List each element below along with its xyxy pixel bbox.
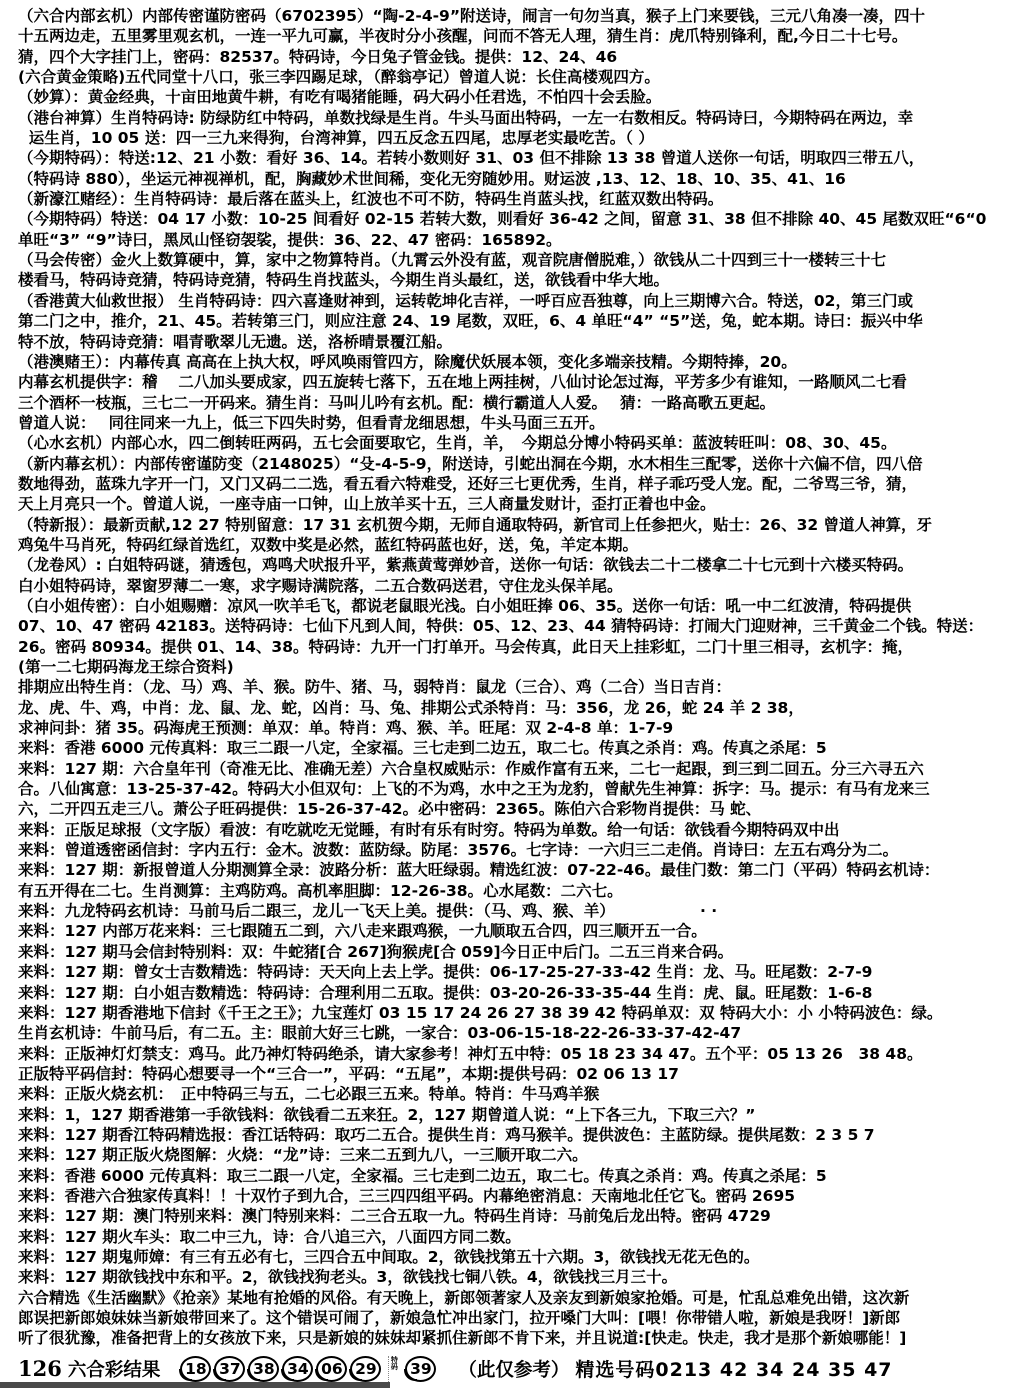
text-line: （心水玄机）内部心水，四二倒转旺两码，五七会面要取它，生肖，羊， 今期总分博小特… (18, 433, 999, 453)
reference-note: （此仅参考） (458, 1356, 569, 1382)
text-line: （香港黄大仙救世报） 生肖特码诗：四六喜逢财神到，运转乾坤化吉祥，一呼百应吾独尊… (18, 291, 999, 311)
result-title: 六合彩结果 (68, 1356, 161, 1382)
text-line: 第二门之中，推介，21、45。若转第三门，则应注意 24、19 尾数，双旺，6、… (18, 311, 999, 331)
text-line: 来料：正版足球报（文字版）看波：有吃就吃无觉睡，有时有乐有时穷。特码为单数。给一… (18, 820, 999, 840)
text-line: 猜，四个大字挂门上，密码：82537。特码诗，今日兔子管金钱。提供：12、24、… (18, 47, 999, 67)
lottery-ball: 34 (282, 1356, 313, 1382)
text-line: （六合内部玄机）内部传密谨防密码（6702395）“陶-2-4-9”附送诗，闹言… (18, 6, 999, 26)
text-line: （今期特码）：特送:12、21 小数：看好 36、14。若转小数则好 31、03… (18, 148, 999, 168)
text-line: （港台神算）生肖特码诗: 防绿防红中特码，单数找绿是生肖。牛头马面出特码，一左一… (18, 108, 999, 128)
text-line: 生肖玄机诗：牛前马后，有二五。主：眼前大好三七跳，一家合：03-06-15-18… (18, 1023, 999, 1043)
text-line: 鸡兔牛马肖死，特码红绿首选红，双数中奖是必然，蓝红特码蓝也好，送，兔，羊定本期。 (18, 535, 999, 555)
text-line: 郎误把新郎娘妹妹当新娘带回来了。这个错误可闹了，新娘急忙冲出家门，拉开嗓门大叫：… (18, 1308, 999, 1328)
text-line: 龙、虎、牛、鸡，中肖：龙、鼠、龙、蛇，凶肖：马、兔、排期公式杀特肖：马：356，… (18, 698, 999, 718)
text-line: 来料：香港六合独家传真料！！十双竹子到九合，三三四四组平码。内幕绝密消息：天南地… (18, 1186, 999, 1206)
text-line: （妙算）：黄金经典，十亩田地黄牛耕，有吃有喝猪能睡，码大码小任君选，不怕四十会丢… (18, 87, 999, 107)
text-line: 来料：127 期：六合皇年刊（奇准无比、准确无差）六合皇权威贴示：作威作富有五来… (18, 759, 999, 779)
text-line: 正版特平码信封：特码心想要寻一个“三合一”，平码：“五尾”，本期:提供号码：02… (18, 1064, 999, 1084)
text-line: 排期应出特生肖：（龙、马）鸡、羊、猴。防牛、猪、马，弱特肖：鼠龙（三合）、鸡（二… (18, 677, 999, 697)
text-line: 来料：127 期：白小姐吉数精选：特码诗：合理利用二五取。提供：03-20-26… (18, 983, 999, 1003)
text-line: 来料：127 内部万花来料：三七跟随五二到，六八走来跟鸡猴，一九顺取五合四，四三… (18, 921, 999, 941)
text-line: 有五开得在二七。生肖测算：主鸡防鸡。高机率胆脚：12-26-38。心水尾数：二六… (18, 881, 999, 901)
lottery-ball: 29 (350, 1356, 381, 1382)
text-line: 来料：香港 6000 元传真料：取三二跟一八定，全家福。三七走到二边五，取二七。… (18, 738, 999, 758)
text-line: 运生肖，10 05 送：四一三九来得狗，台湾神算，四五反念五四尾，忠厚老实最吃苦… (18, 128, 999, 148)
text-line: 听了很犹豫，准备把背上的女孩放下来，只是新娘的妹妹却紧抓住新郎不肯下来，并且说道… (18, 1328, 999, 1348)
lottery-ball: 18 (180, 1356, 211, 1382)
text-line: （港澳赌王）：内幕传真 高高在上执大权，呼风唤雨管四方，除魔伏妖展本领，变化多端… (18, 352, 999, 372)
lottery-tip-sheet: （六合内部玄机）内部传密谨防密码（6702395）“陶-2-4-9”附送诗，闹言… (0, 0, 1013, 1388)
special-lottery-ball: 39 (405, 1356, 436, 1382)
text-line: 26。密码 80934。提供 01、14、38。特码诗：九开一门打单开。马会传真… (18, 637, 999, 657)
text-line: 来料：1，127 期香港第一手欲钱料：欲钱看二五来狂。2，127 期曾道人说：“… (18, 1105, 999, 1125)
selected-numbers: 精选号码0213 42 34 24 35 47 (575, 1355, 892, 1382)
text-line: 单旺“3” “9”诗曰，黑凤山怪窃袈裟，提供：36、22、47 密码：16589… (18, 230, 999, 250)
scan-artifact-strip (0, 1382, 390, 1388)
text-line: (六合黄金策略)五代同堂十八口，张三李四踢足球，（醉翁亭记）曾道人说：长住高楼观… (18, 67, 999, 87)
text-line: （新内幕玄机）：内部传密谨防变（2148025）“殳-4-5-9，附送诗，引蛇出… (18, 454, 999, 474)
text-body: （六合内部玄机）内部传密谨防密码（6702395）“陶-2-4-9”附送诗，闹言… (18, 6, 999, 1349)
text-line: （新濠江赌经）：生肖特码诗：最后落在蓝头上，红波也不可不防，特码生肖蓝头找，红蓝… (18, 189, 999, 209)
text-line: （龙卷风）: 白姐特码谜，猜透包，鸡鸣犬吠报升平，紫燕黄莺弹妙音，送你一句话：欲… (18, 555, 999, 575)
text-line: 六，二开四五走三八。萧公子旺码提供：15-26-37-42。必中密码：2365。… (18, 799, 999, 819)
special-number-separator: 特码 (388, 1356, 398, 1382)
text-line: 来料：正版神灯灯禁支：鸡马。此乃神灯特码绝杀，请大家参考！神灯五中特：05 18… (18, 1044, 999, 1064)
text-line: 来料：正版火烧玄机： 正中特码三与五，二七必跟三五来。特单。特肖：牛马鸡羊猴 (18, 1084, 999, 1104)
text-line: 楼看马，特码诗竞猜，特码诗竞猜，特码生肖找蓝头，今期生肖头最红，送，欲钱看中华大… (18, 270, 999, 290)
text-line: 来料：127 期鬼师嫜：有三有五必有七，三四合五中间取。2，欲钱找第五十六期。3… (18, 1247, 999, 1267)
result-bar: 126 六合彩结果 18 37 38 34 06 29 特码 39 （此仅参考）… (18, 1352, 999, 1386)
text-line: 来料：127 期香江特码精选报：香江话特码：取巧二五合。提供生肖：鸡马猴羊。提供… (18, 1125, 999, 1145)
text-line: 求神问卦：猪 35。码海虎王预测：单双：单。特肖：鸡、猴、羊。旺尾：双 2-4-… (18, 718, 999, 738)
text-line: 内幕玄机提供字：稽 二八加头要成家，四五旋转七落下，五在地上两挂树，八仙讨论怎过… (18, 372, 999, 392)
text-line: 十五两边走，五里雾里观玄机，一连一平九可赢，半夜时分小孩醒，问而不答无人理，猜生… (18, 26, 999, 46)
text-line: （今期特码）特送：04 17 小数：10-25 间看好 02-15 若转大数，则… (18, 209, 999, 229)
text-line: 来料：127 期欲钱找中东和平。2，欲钱找狗老头。3，欲钱找七铜八铁。4，欲钱找… (18, 1267, 999, 1287)
lottery-ball: 37 (214, 1356, 245, 1382)
text-line: 来料：香港 6000 元传真料：取三二跟一八定，全家福。三七走到二边五，取二七。… (18, 1166, 999, 1186)
text-line: 特不放，特码诗竞猜：唱青歌翠儿无遗。送，洛桥晴景覆江船。 (18, 332, 999, 352)
text-line: 三个酒杯一枝瓶，三七二一开码来。猜生肖：马叫儿吟有玄机。配：横行霸道人人爱。 猜… (18, 393, 999, 413)
text-line: 曾道人说： 同往同来一九上，低三下四失时势，但看青龙细思想，牛头马面三五开。 (18, 413, 999, 433)
text-line: 数地得劲，蓝珠九字开一门，又门又码二二选，看五看六特难受，还好三七更优秀，生肖，… (18, 474, 999, 494)
text-line: (第一二七期码海龙王综合资料) (18, 657, 999, 677)
text-line: 来料：127 期正版火烧图解：火烧：“龙”诗：三来二五到九八，一三顺开取二六。 (18, 1145, 999, 1165)
text-line: 来料：127 期：澳门特别来料：澳门特别来料：二三合五取一九。特码生肖诗：马前兔… (18, 1206, 999, 1226)
text-line: （特码诗 880），坐运元神视禅机，配，胸藏妙术世间稀，变化无穷随妙用。财运波 … (18, 169, 999, 189)
text-line: （特新报）：最新贡献,12 27 特别留意：17 31 玄机贺今期，无师自通取特… (18, 515, 999, 535)
text-line: （白小姐传密）：白小姐赐赠：凉风一吹羊毛飞，都说老鼠眼光浅。白小姐旺捧 06、3… (18, 596, 999, 616)
text-line: （马会传密）金火上数算硬中，算，家中之物算特肖。（九霄云外没有蓝，观音院唐僧脱难… (18, 250, 999, 270)
text-line: 来料：九龙特码玄机诗：马前马后二跟三，龙儿一飞天上美。提供：（马、鸡、猴、羊） … (18, 901, 999, 921)
text-line: 合。八仙寓意：13-25-37-42。特码大小但双句：上飞的不为鸡，水中之王为龙… (18, 779, 999, 799)
text-line: 来料：127 期火车头：取二中三九，诗：合八追三六，八面四方同二数。 (18, 1227, 999, 1247)
text-line: 07、10、47 密码 42183。送特码诗：七仙下凡到人间，特供：05、12、… (18, 616, 999, 636)
result-balls: 18 37 38 34 06 29 (180, 1356, 381, 1382)
text-line: 天上月亮只一个。曾道人说，一座寺庙一口钟，山上放羊买十五，三人商量发财计，歪打正… (18, 494, 999, 514)
text-line: 来料：127 期马会信封特别料：双：牛蛇猪[合 267]狗猴虎[合 059]今日… (18, 942, 999, 962)
lottery-ball: 38 (248, 1356, 279, 1382)
text-line: 来料：127 期香港地下信封《千王之王》；九宝莲灯 03 15 17 24 26… (18, 1003, 999, 1023)
text-line: 来料：曾道透密函信封：字内五行：金木。波数：蓝防绿。防尾：3576。七字诗：一六… (18, 840, 999, 860)
text-line: 来料：127 期：曾女士吉数精选：特码诗：天天向上去上学。提供：06-17-25… (18, 962, 999, 982)
text-line: 来料：127 期：新报曾道人分期测算全录：波路分析：蓝大旺绿弱。精选红波：07-… (18, 860, 999, 880)
text-line: 白小姐特码诗，翠窗罗薄二一寒，求字赐诗满院落，二五合数码送君，守住龙头保羊尾。 (18, 576, 999, 596)
issue-number: 126 (18, 1356, 62, 1381)
lottery-ball: 06 (316, 1356, 347, 1382)
text-line: 六合精选《生活幽默》《抢亲》某地有抢婚的风俗。有天晚上，新郎领著家人及亲友到新娘… (18, 1288, 999, 1308)
